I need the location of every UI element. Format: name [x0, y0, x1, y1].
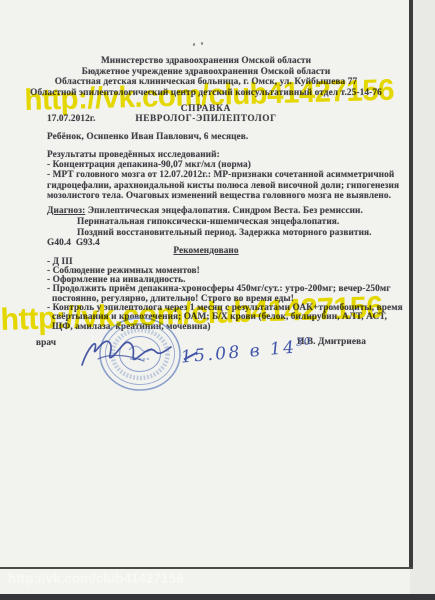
- results-line: гидроцефалии, арахноидальной кисты полюс…: [47, 181, 399, 191]
- recommendation-line: - Оформление на инвалидность.: [47, 275, 186, 285]
- page-edge-horizontal: [0, 567, 413, 569]
- page-edge-vertical: [409, 0, 413, 569]
- note-minutes: 30: [296, 336, 312, 349]
- header-ministry: Министерство здравоохранения Омской обла…: [0, 56, 412, 66]
- scan-speck: [201, 42, 203, 45]
- results-line: - Концентрация депакина-90,07 мкг/мл (но…: [47, 160, 251, 170]
- scanner-background: [413, 0, 435, 594]
- diagnosis-text: Эпилептическая энцефалопатия. Синдром Ве…: [85, 206, 363, 216]
- results-line: мозолистого тела. Очаговых изменений вещ…: [47, 191, 391, 201]
- results-heading: Результаты проведённых исследований:: [47, 150, 220, 160]
- diagnosis-line: Поздний восстановительный период. Задерж…: [77, 228, 372, 238]
- scan-bottom-band: [0, 594, 435, 600]
- results-line: - МРТ головного мозга от 12.07.2012г.: М…: [47, 170, 394, 180]
- diagnosis-line: Диагноз: Эпилептическая энцефалопатия. С…: [47, 206, 363, 216]
- recommendations-heading: Рекомендовано: [0, 246, 412, 256]
- diagnosis-label: Диагноз:: [47, 206, 85, 216]
- vk-watermark-bottom-faint: http://vk.com/club41427156: [8, 571, 184, 586]
- diagnosis-line: Перинатальная гипоксически-ишемическая э…: [77, 217, 339, 227]
- patient-line: Ребёнок, Осипенко Иван Павлович, 6 месяц…: [47, 132, 248, 142]
